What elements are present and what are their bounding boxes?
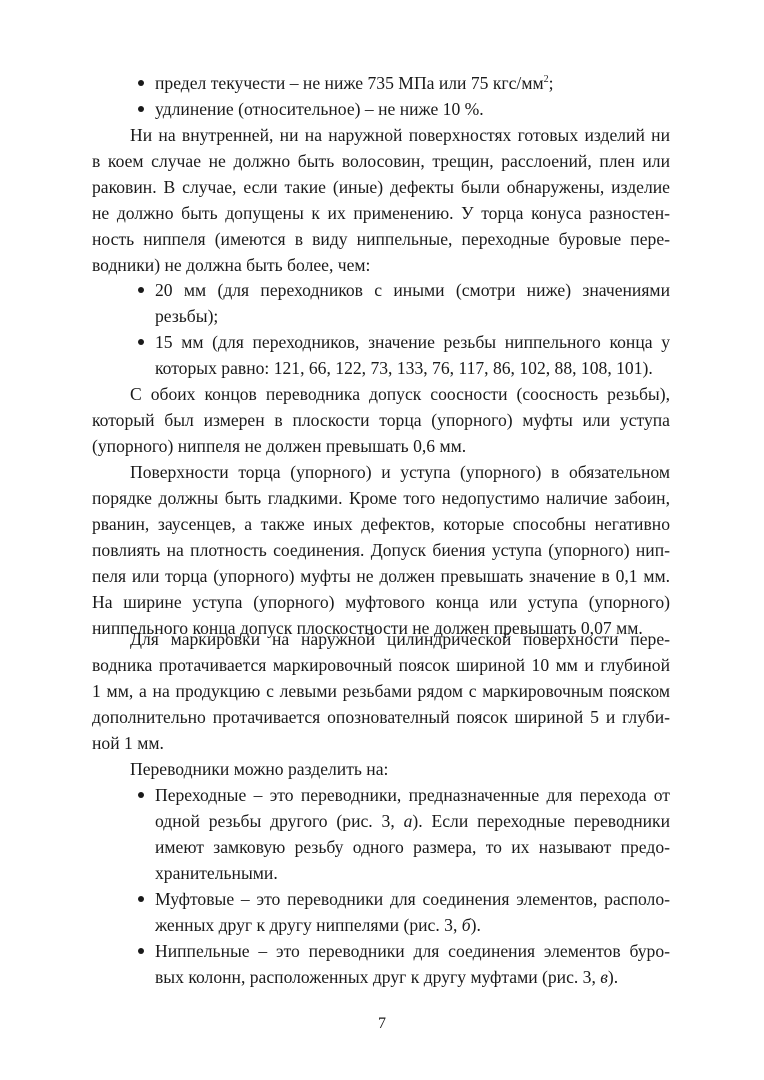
bullet-icon: [138, 80, 144, 86]
paragraph-line: рванин, заусенцев, а также иных дефектов…: [92, 512, 670, 536]
bullet-item: Муфтовые – это переводники для соединени…: [155, 887, 670, 911]
paragraph-line: который был измерен в плоскости торца (у…: [92, 408, 670, 432]
bullet-item-continuation: одной резьбы другого (рис. 3, а). Если п…: [155, 809, 670, 833]
paragraph-line: С обоих концов переводника допуск соосно…: [130, 382, 670, 406]
bullet-item: удлинение (относительное) – не ниже 10 %…: [155, 97, 484, 121]
bullet-icon: [138, 948, 144, 954]
bullet-icon: [138, 287, 144, 293]
paragraph-line: пеля или торца (упорного) муфты не долже…: [92, 564, 670, 588]
bullet-item-continuation: вых колонн, расположенных друг к другу м…: [155, 965, 618, 989]
paragraph-line: не должно быть допущены к их применению.…: [92, 201, 670, 225]
paragraph-line: порядке должны быть гладкими. Кроме того…: [92, 486, 670, 510]
bullet-icon: [138, 106, 144, 112]
paragraph-line: водника протачивается маркировочный пояс…: [92, 653, 670, 677]
paragraph-line: в коем случае не должно быть волосовин, …: [92, 149, 670, 173]
document-page: предел текучести – не ниже 735 МПа или 7…: [0, 0, 764, 1080]
paragraph-line: ной 1 мм.: [92, 731, 164, 755]
paragraph-line: дополнительно протачивается опознователн…: [92, 705, 670, 729]
paragraph-line: Переводники можно разделить на:: [130, 757, 388, 781]
paragraph-line: Поверхности торца (упорного) и уступа (у…: [130, 460, 670, 484]
bullet-item-continuation: хранительными.: [155, 861, 278, 885]
bullet-item-continuation: которых равно: 121, 66, 122, 73, 133, 76…: [155, 356, 653, 380]
page-number: 7: [0, 1014, 764, 1034]
bullet-item-continuation: резьбы);: [155, 304, 218, 328]
paragraph-line: водники) не должна быть более, чем:: [92, 253, 370, 277]
paragraph-line: Для маркировки на наружной цилиндрическо…: [130, 627, 670, 651]
bullet-item: Переходные – это переводники, предназнач…: [155, 783, 670, 807]
paragraph-line: ность ниппеля (имеются в виду ниппельные…: [92, 227, 670, 251]
bullet-item-continuation: женных друг к другу ниппелями (рис. 3, б…: [155, 913, 481, 937]
paragraph-line: На ширине уступа (упорного) муфтового ко…: [92, 590, 670, 614]
paragraph-line: (упорного) ниппеля не должен превышать 0…: [92, 434, 466, 458]
paragraph-line: повлиять на плотность соединения. Допуск…: [92, 538, 670, 562]
bullet-item-continuation: имеют замковую резьбу одного размера, то…: [155, 835, 670, 859]
bullet-icon: [138, 896, 144, 902]
bullet-item: Ниппельные – это переводники для соедине…: [155, 939, 670, 963]
paragraph-line: раковин. В случае, если такие (иные) деф…: [92, 175, 670, 199]
paragraph-line: 1 мм, а на продукцию с левыми резьбами р…: [92, 679, 670, 703]
paragraph-line: Ни на внутренней, ни на наружной поверхн…: [130, 123, 670, 147]
bullet-item: 20 мм (для переходников с иными (смотри …: [155, 278, 670, 302]
bullet-item: предел текучести – не ниже 735 МПа или 7…: [155, 71, 553, 95]
bullet-icon: [138, 792, 144, 798]
bullet-icon: [138, 339, 144, 345]
bullet-item: 15 мм (для переходников, значение резьбы…: [155, 330, 670, 354]
